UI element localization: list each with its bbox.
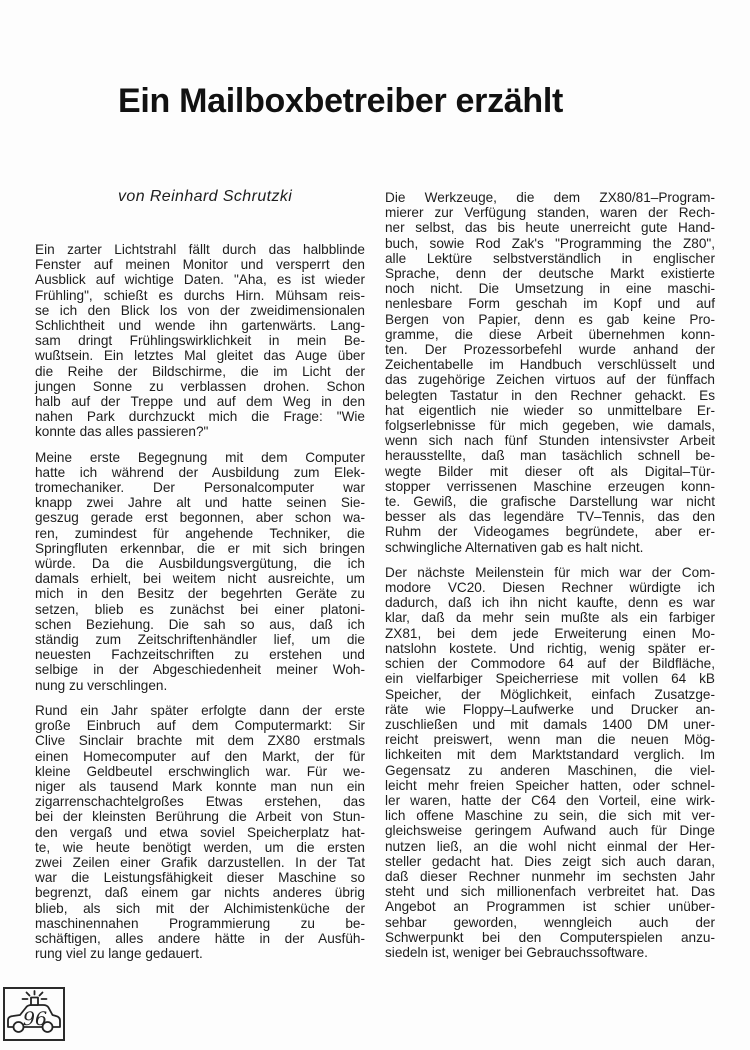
text-line: bei der kleinsten Berührung die Arbeit v… [35, 809, 365, 824]
text-line: knapp zwei Jahre alt und hatte seinen Si… [35, 495, 365, 510]
text-line: folgserlebnisse für mich gegeben, wie da… [385, 418, 715, 433]
left-column: Ein zarter Lichtstrahl fällt durch das h… [35, 242, 365, 961]
paragraph: Meine erste Begegnung mit dem Computerha… [35, 450, 365, 693]
text-line: belegten Tastatur in den Rechner gehackt… [385, 388, 715, 403]
text-line: hatte ich während der Ausbildung zum Ele… [35, 465, 365, 480]
text-line: alle Lektüre selbstverständlich in engli… [385, 251, 715, 266]
text-line: Meine erste Begegnung mit dem Computer [35, 450, 365, 465]
text-line: begrenzt, daß einem gar nichts anderes ü… [35, 885, 365, 900]
text-line: niger als tausend Mark konnte man nun ei… [35, 779, 365, 794]
text-line: ein vielfarbiger Speicherriese mit volle… [385, 671, 715, 686]
text-line: schäftigen, alles andere hätte in der Au… [35, 931, 365, 946]
text-line: nutzen ließ, an die wohl nicht einmal de… [385, 839, 715, 854]
text-line: Fenster auf meinen Monitor und versperrt… [35, 257, 365, 272]
text-line: rung viel zu lange gedauert. [35, 946, 365, 961]
text-line: besser als das legendäre TV–Tennis, das … [385, 509, 715, 524]
paragraph: Ein zarter Lichtstrahl fällt durch das h… [35, 242, 365, 440]
right-column: Die Werkzeuge, die dem ZX80/81–Program-m… [385, 190, 715, 960]
text-line: Zeichentabelle im Handbuch verschlüsselt… [385, 357, 715, 372]
text-line: halb auf der Treppe und auf dem Weg in d… [35, 394, 365, 409]
text-line: daß dieser Rechner nunmehr im sechsten J… [385, 869, 715, 884]
text-line: ZX81, bei dem jede Erweiterung einen Mo- [385, 626, 715, 641]
text-line: stopper verrissenen Maschine erzeugen ko… [385, 479, 715, 494]
text-line: ständig zum Zeitschriftenhändler lief, u… [35, 632, 365, 647]
text-line: lich offene Maschine zu sein, die sich m… [385, 808, 715, 823]
text-line: modore VC20. Diesen Rechner würdigte ich [385, 580, 715, 595]
page-marker: 96 [3, 987, 65, 1041]
paragraph: Die Werkzeuge, die dem ZX80/81–Program-m… [385, 190, 715, 555]
text-line: Ausblick auf wichtige Daten. "Aha, es is… [35, 272, 365, 287]
paragraph: Der nächste Meilenstein für mich war der… [385, 565, 715, 960]
text-line: Angebot an Programmen ist schier unüber- [385, 899, 715, 914]
text-line: große Einbruch auf dem Computermarkt: Si… [35, 718, 365, 733]
text-line: zuschließen und mit damals 1400 DM uner- [385, 717, 715, 732]
text-line: Ruhm der Videogames begründete, aber er- [385, 524, 715, 539]
text-line: wegte Bilder mit dieser oft als Digital–… [385, 464, 715, 479]
text-line: Schwerpunkt bei den Computerspielen anzu… [385, 930, 715, 945]
text-line: die Reihe der Bildschirme, die im Licht … [35, 364, 365, 379]
page-title: Ein Mailboxbetreiber erzählt [118, 82, 563, 121]
text-line: Clive Sinclair brachte mit dem ZX80 erst… [35, 733, 365, 748]
text-line: zwei Zeilen einer Grafik darzustellen. I… [35, 855, 365, 870]
text-line: klar, daß da mehr sein mußte als ein far… [385, 610, 715, 625]
text-line: natslohn kostete. Und richtig, wenig spä… [385, 641, 715, 656]
text-line: Speicher, der Möglichkeit, einfach Zusat… [385, 687, 715, 702]
text-line: mich in den Besitz der begehrten Geräte … [35, 586, 365, 601]
text-line: Gegensatz zu anderen Maschinen, die viel… [385, 763, 715, 778]
text-line: maschinennahen Programmierung zu be- [35, 916, 365, 931]
text-line: sehbar geworden, wenngleich auch der [385, 915, 715, 930]
text-line: jungen Sonne zu verblassen drohen. Schon [35, 379, 365, 394]
text-line: schien der Commodore 64 auf der Bildfläc… [385, 656, 715, 671]
text-line: nahen Park durchzuckt mich die Frage: "W… [35, 409, 365, 424]
text-line: setzen, blieb es zunächst bei einer plat… [35, 602, 365, 617]
text-line: nung zu verschlingen. [35, 678, 365, 693]
text-line: kleine Geldbeutel erschwinglich war. Für… [35, 764, 365, 779]
text-line: steller gedacht hat. Dies zeigt sich auc… [385, 854, 715, 869]
text-line: siedeln ist, weniger bei Gebrauchssoftwa… [385, 945, 715, 960]
text-line: tromechaniker. Der Personalcomputer war [35, 480, 365, 495]
text-line: te. Gewiß, die grafische Darstellung war… [385, 494, 715, 509]
text-line: gramme, die diese Arbeit übernehmen konn… [385, 327, 715, 342]
text-line: ler waren, hatte der C64 den Vorteil, ei… [385, 793, 715, 808]
page-number: 96 [23, 1008, 47, 1030]
text-line: Springfluten erkennbar, die er mit sich … [35, 541, 365, 556]
text-line: den vergaß und etwa soviel Speicherplatz… [35, 825, 365, 840]
text-line: schwingliche Alternativen gab es halt ni… [385, 540, 715, 555]
text-line: mierer zur Verfügung standen, waren der … [385, 205, 715, 220]
text-line: Frühling", schießt es durchs Hirn. Mühsa… [35, 288, 365, 303]
text-line: herausstellte, daß man tasächlich schnel… [385, 448, 715, 463]
text-line: dadurch, daß ich ihn nicht kaufte, denn … [385, 595, 715, 610]
text-line: nenlesbare Form geschah im Kopf und auf [385, 296, 715, 311]
text-line: Schlichtheit und wende ihn gartenwärts. … [35, 318, 365, 333]
text-line: wußtsein. Ein letztes Mal gleitet das Au… [35, 348, 365, 363]
text-line: geszug gerade erst begonnen, aber schon … [35, 510, 365, 525]
text-line: reicht preiswert, wenn man die neuen Mög… [385, 732, 715, 747]
text-line: noch nicht. Die Umsetzung in eine maschi… [385, 281, 715, 296]
text-line: räte wie Floppy–Laufwerke und Drucker an… [385, 702, 715, 717]
text-line: Bergen von Papier, denn es gab keine Pro… [385, 312, 715, 327]
text-line: wenn sich nach fünf Stunden intensivster… [385, 433, 715, 448]
scanned-article-page: Ein Mailboxbetreiber erzählt von Reinhar… [0, 0, 750, 1050]
text-line: buch, sowie Rod Zak's "Programming the Z… [385, 236, 715, 251]
text-line: damals erhielt, bei weitem nicht ausreic… [35, 571, 365, 586]
text-line: se ich den Blick los von der zweidimensi… [35, 303, 365, 318]
text-line: würde. Da die Ausbildungsvergütung, die … [35, 556, 365, 571]
text-line: schen Beziehung. Die sah so aus, daß ich [35, 617, 365, 632]
text-line: einen Homecomputer auf den Markt, der fü… [35, 749, 365, 764]
text-line: Die Werkzeuge, die dem ZX80/81–Program- [385, 190, 715, 205]
text-line: Sprache, denn der deutsche Markt existie… [385, 266, 715, 281]
text-line: das zugehörige Zeichen virtuos auf der f… [385, 372, 715, 387]
text-line: zigarrenschachtelgroßes Etwas erstehen, … [35, 794, 365, 809]
text-line: Der nächste Meilenstein für mich war der… [385, 565, 715, 580]
text-line: Rund ein Jahr später erfolgte dann der e… [35, 703, 365, 718]
text-line: konnte das alles passieren?" [35, 424, 365, 439]
text-line: selbige in der Abgeschiedenheit meiner W… [35, 662, 365, 677]
text-line: hat eigentlich nie wieder so unmittelbar… [385, 403, 715, 418]
paragraph: Rund ein Jahr später erfolgte dann der e… [35, 703, 365, 961]
text-line: ten. Der Prozessorbefehl wurde anhand de… [385, 342, 715, 357]
police-car-icon: 96 [6, 989, 62, 1040]
byline: von Reinhard Schrutzki [118, 188, 292, 206]
text-line: steht und sich millionenfach verbreitet … [385, 884, 715, 899]
text-line: lichkeiten mit dem Marktstandard verglic… [385, 747, 715, 762]
text-line: ner selbst, das bis heute unerreicht gut… [385, 220, 715, 235]
text-line: gleichsweise geringem Aufwand auch für D… [385, 823, 715, 838]
text-line: te, wie heute benötigt werden, um die er… [35, 840, 365, 855]
text-line: Ein zarter Lichtstrahl fällt durch das h… [35, 242, 365, 257]
text-line: sam dringt Frühlingswirklichkeit in mein… [35, 333, 365, 348]
text-line: ren, zumindest für angehende Techniker, … [35, 526, 365, 541]
text-line: blieb, als sich mit der Alchimistenküche… [35, 901, 365, 916]
text-line: neuesten Fachzeitschriften zu erstehen u… [35, 647, 365, 662]
text-line: war die Leistungsfähigkeit dieser Maschi… [35, 870, 365, 885]
text-line: leicht mehr freien Speicher hatten, oder… [385, 778, 715, 793]
